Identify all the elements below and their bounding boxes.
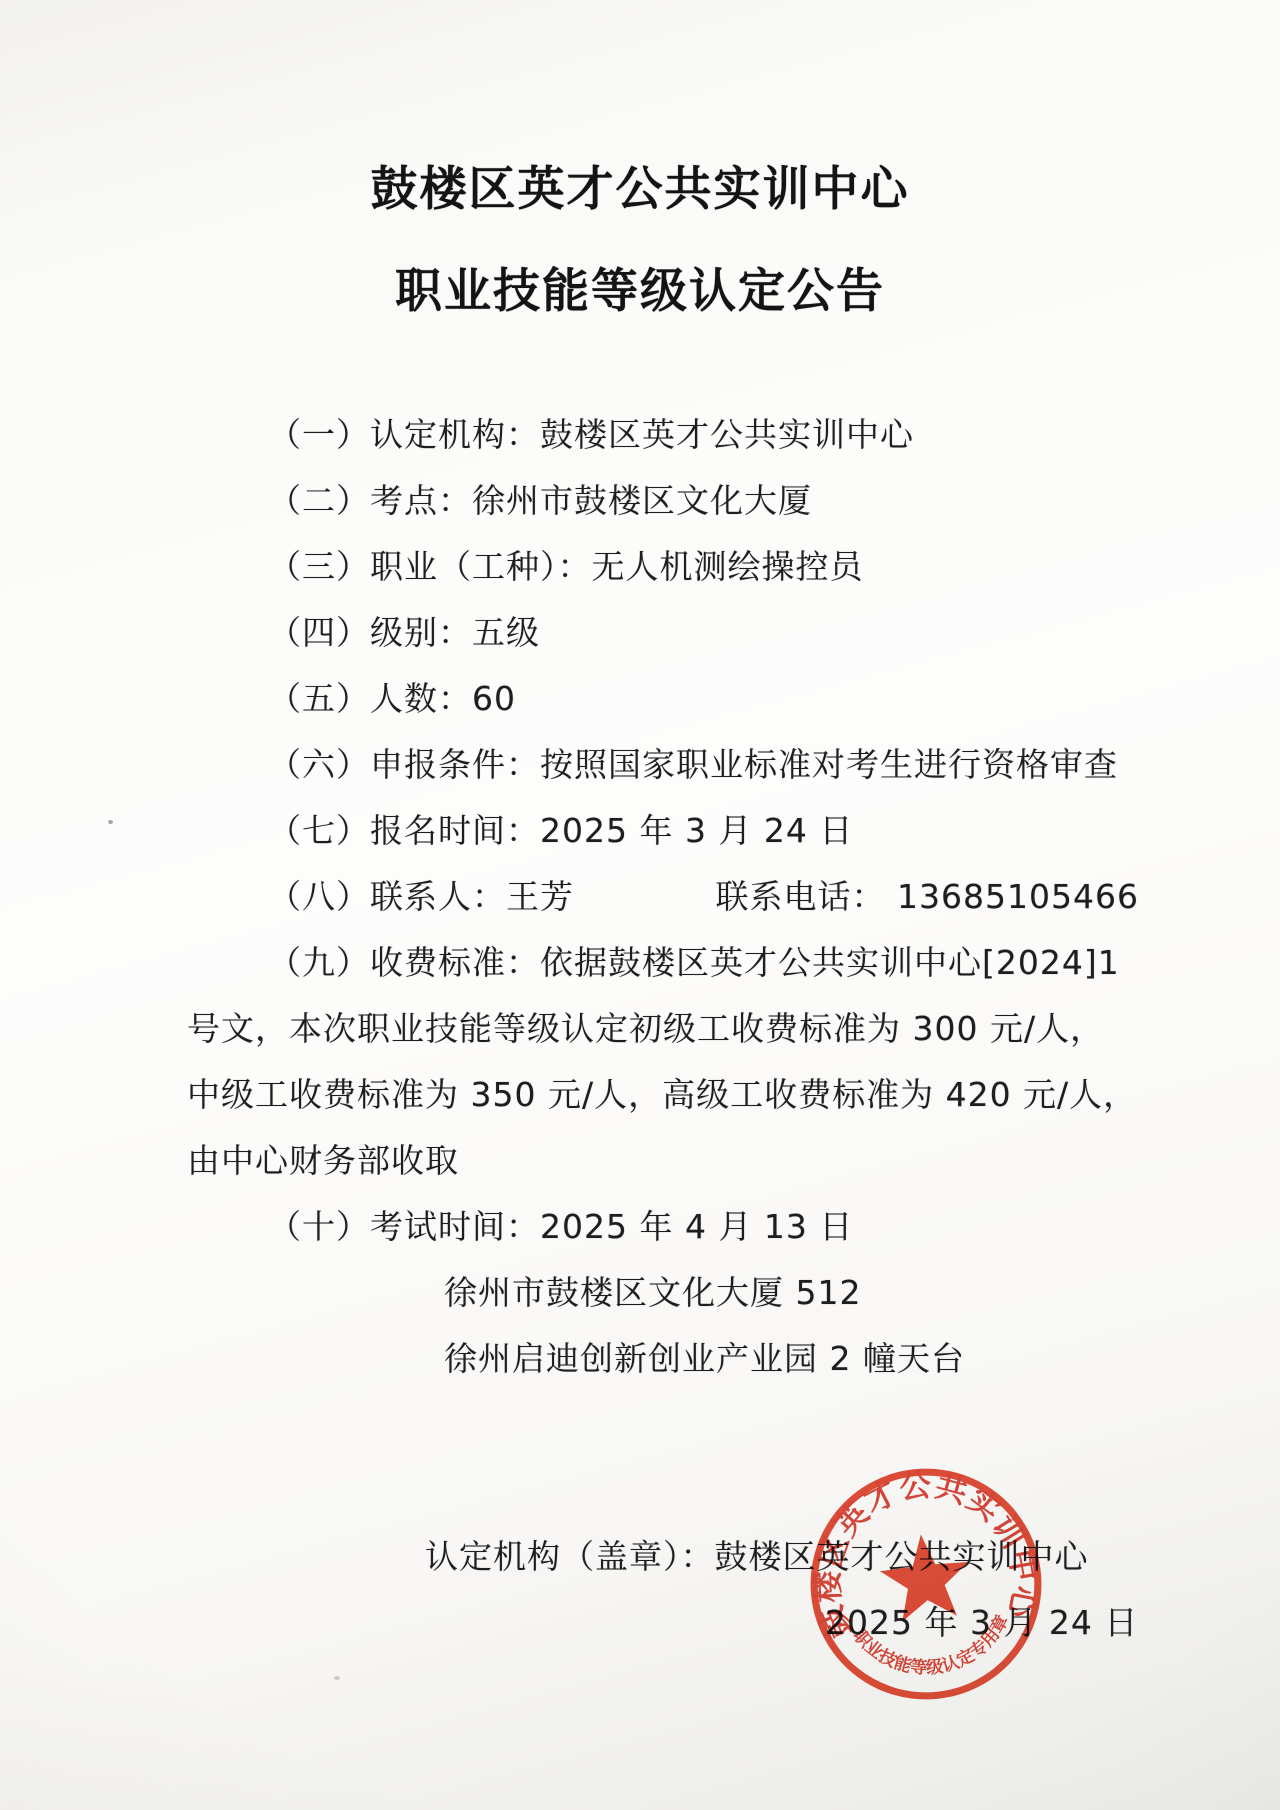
doc-line-15: 徐州启迪创新创业产业园 2 幢天台	[187, 1326, 1217, 1392]
official-seal-stamp: 鼓楼区英才公共实训中心 职业技能等级认定专用章	[794, 1452, 1058, 1716]
date-line: 2025 年 3 月 24 日	[187, 1590, 1217, 1656]
doc-line-3: （三）职业（工种）：无人机测绘操控员	[187, 534, 1217, 600]
doc-line-5: （五）人数：60	[187, 666, 1217, 732]
blank-gap	[187, 1392, 1217, 1524]
contact-person: （八）联系人：王芳	[268, 877, 574, 916]
doc-line-7: （七）报名时间：2025 年 3 月 24 日	[187, 798, 1217, 864]
doc-line-4: （四）级别：五级	[187, 600, 1217, 666]
doc-body: （一）认定机构：鼓楼区英才公共实训中心 （二）考点：徐州市鼓楼区文化大厦 （三）…	[187, 402, 1217, 1656]
paper-speck	[108, 820, 113, 824]
doc-line-6: （六）申报条件：按照国家职业标准对考生进行资格审查	[187, 732, 1217, 798]
signature-line: 认定机构（盖章）：鼓楼区英才公共实训中心	[187, 1524, 1217, 1590]
doc-line-13: （十）考试时间：2025 年 4 月 13 日	[187, 1194, 1217, 1260]
doc-line-2: （二）考点：徐州市鼓楼区文化大厦	[187, 468, 1217, 534]
contact-phone: 联系电话： 13685105466	[716, 877, 1139, 916]
doc-line-11: 中级工收费标准为 350 元/人，高级工收费标准为 420 元/人，	[187, 1062, 1217, 1128]
document-page: 鼓楼区英才公共实训中心 职业技能等级认定公告 （一）认定机构：鼓楼区英才公共实训…	[0, 0, 1280, 1810]
seal-star-icon	[877, 1530, 974, 1623]
doc-line-14: 徐州市鼓楼区文化大厦 512	[187, 1260, 1217, 1326]
doc-line-9: （九）收费标准：依据鼓楼区英才公共实训中心[2024]1	[187, 930, 1217, 996]
doc-line-8: （八）联系人：王芳 联系电话： 13685105466	[187, 864, 1217, 930]
doc-line-10: 号文，本次职业技能等级认定初级工收费标准为 300 元/人，	[187, 996, 1217, 1062]
doc-title-line2: 职业技能等级认定公告	[0, 254, 1280, 321]
doc-title-line1: 鼓楼区英才公共实训中心	[0, 152, 1280, 219]
doc-line-1: （一）认定机构：鼓楼区英才公共实训中心	[187, 402, 1217, 468]
paper-speck	[334, 1676, 340, 1680]
doc-line-12: 由中心财务部收取	[187, 1128, 1217, 1194]
